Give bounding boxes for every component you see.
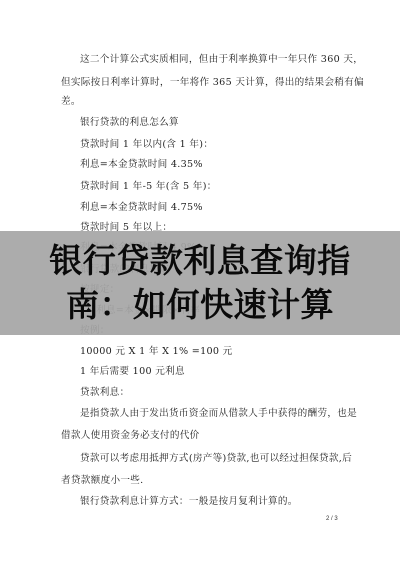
paragraph-line: 是指贷款人由于发出货币资金而从借款人手中获得的酬劳，也是 bbox=[80, 408, 357, 420]
paragraph-line: 贷款时间 1 年以内(含 1 年)： bbox=[80, 139, 213, 151]
banner-title-line-2: 南：如何快速计算 bbox=[66, 283, 334, 327]
paragraph-line: 银行贷款的利息怎么算 bbox=[80, 117, 179, 129]
page-number: 2 / 3 bbox=[326, 516, 338, 522]
paragraph-line: 借款人使用资金务必支付的代价 bbox=[61, 430, 200, 442]
paragraph-line: 1 年后需要 100 元利息 bbox=[80, 366, 185, 378]
banner-title-line-1: 银行贷款利息查询指 bbox=[49, 239, 351, 283]
paragraph-line: 利息=本金贷款时间 4.75% bbox=[80, 202, 203, 214]
paragraph-line: 但实际按日利率计算时，一年将作 365 天计算，得出的结果会稍有偏 bbox=[61, 77, 364, 89]
paragraph-line: 贷款时间 1 年-5 年(含 5 年)： bbox=[80, 181, 217, 193]
paragraph-line: 者贷款额度小一些. bbox=[61, 475, 144, 487]
paragraph-line: 贷款可以考虑用抵押方式(房产等)贷款,也可以经过担保贷款,后 bbox=[80, 453, 352, 465]
paragraph-line: 银行贷款利息计算方式：一般是按月复利计算的。 bbox=[80, 496, 298, 508]
paragraph-line: 利息=本金贷款时间 4.35% bbox=[80, 159, 203, 171]
paragraph-line: 10000 元 X 1 年 X 1% =100 元 bbox=[80, 346, 233, 358]
paragraph-line: 差。 bbox=[61, 96, 81, 108]
paragraph-line: 贷款利息： bbox=[80, 387, 129, 399]
paragraph-line: 这二个计算公式实质相同，但由于利率换算中一年只作 360 天， bbox=[80, 54, 363, 66]
banner-title: 银行贷款利息查询指 南：如何快速计算 bbox=[0, 231, 400, 335]
